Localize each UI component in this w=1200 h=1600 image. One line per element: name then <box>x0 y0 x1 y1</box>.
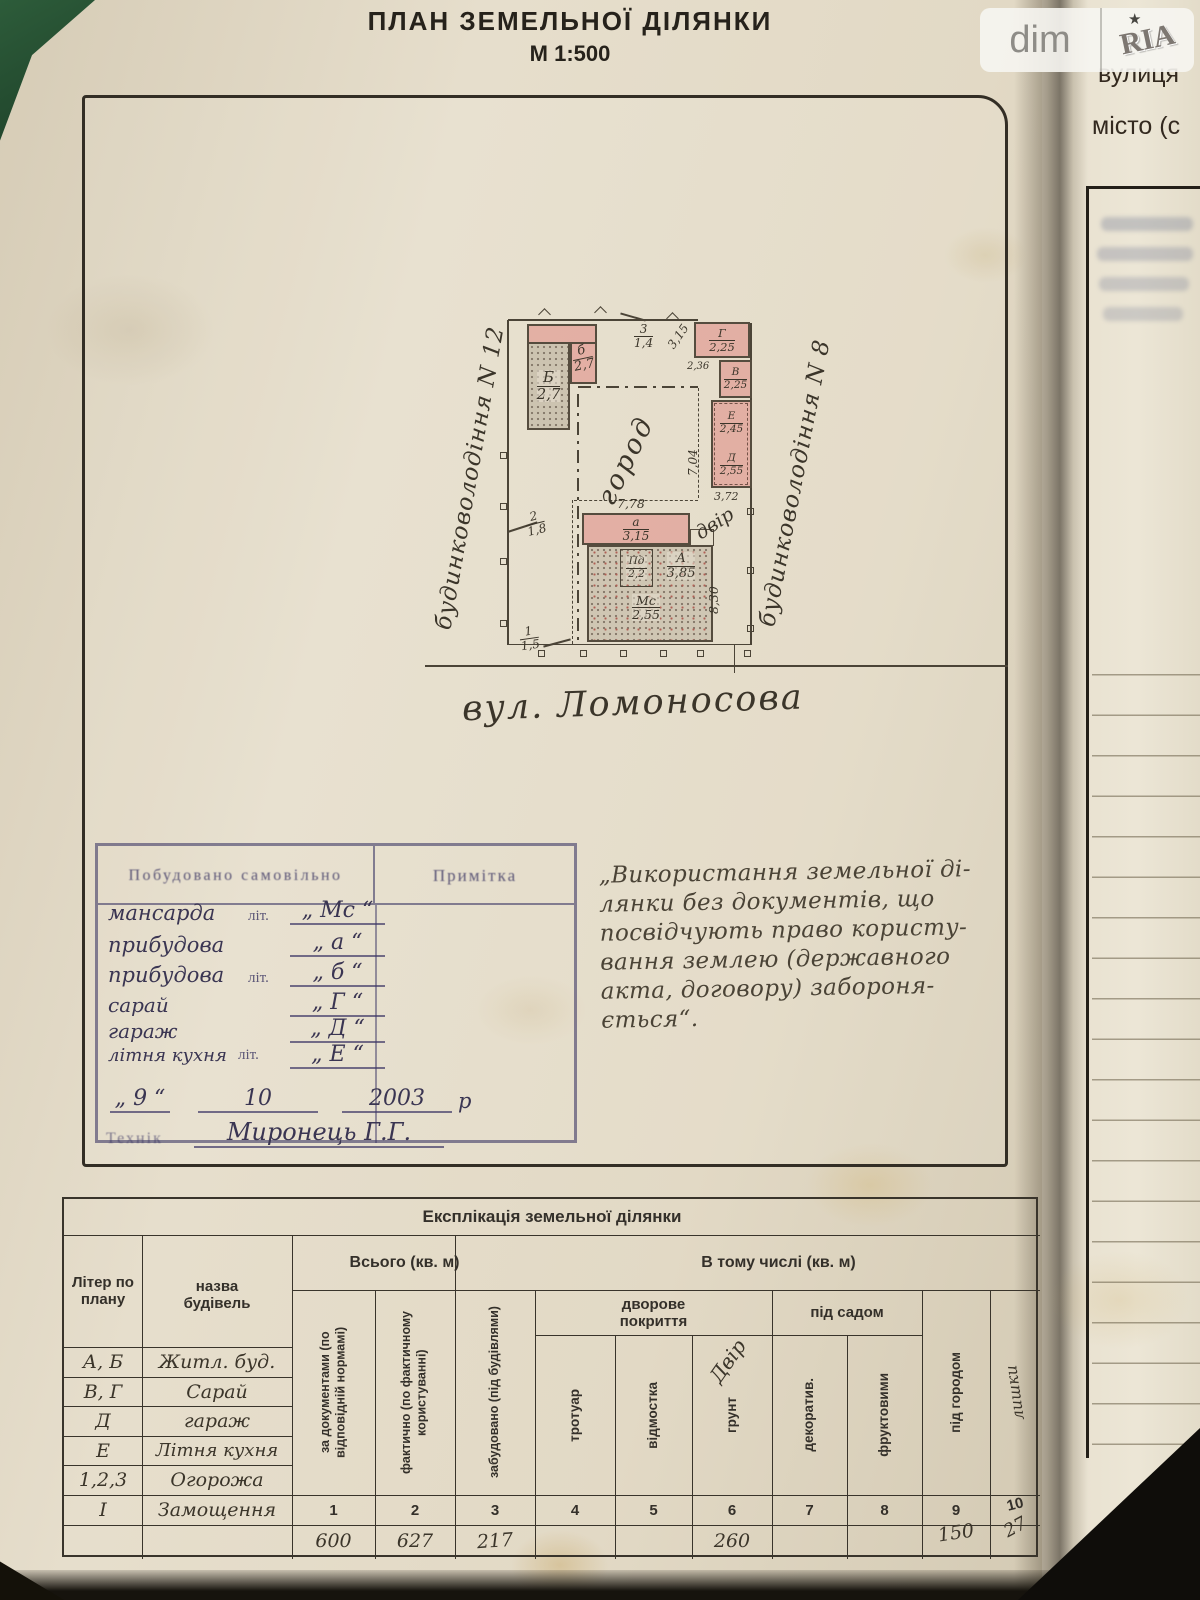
building-a-small-footprint: а3,15 <box>582 513 690 545</box>
building-label: Мс2,55 <box>626 594 666 624</box>
building-label: А3,85 <box>662 552 700 582</box>
table-row-name: Літня кухня <box>142 1436 292 1465</box>
stamp-row-value: „ а “ <box>290 930 385 957</box>
table-col-header-extra: лишки <box>990 1290 1040 1495</box>
stamp-date-suffix: р <box>458 1089 471 1113</box>
table-col-header-fruit: фруктовими <box>847 1335 922 1495</box>
stamp-row-lit: літ. <box>248 908 290 925</box>
fence-post-marker <box>500 620 507 627</box>
fence-1-dimension: 11,5 <box>518 624 541 655</box>
stamp-row-label: гараж <box>108 1019 248 1043</box>
table-title: Експлікація земельної ділянки <box>64 1199 1040 1235</box>
stamp-date-day: „ 9 “ <box>110 1086 170 1113</box>
explication-table: Експлікація земельної ділянки Літер по п… <box>62 1197 1038 1557</box>
table-total-docs: 600 <box>292 1525 375 1557</box>
document-header: ПЛАН ЗЕМЕЛЬНОЇ ДІЛЯНКИ М 1:500 <box>310 6 830 67</box>
scanned-land-plan-page: ПЛАН ЗЕМЕЛЬНОЇ ДІЛЯНКИ М 1:500 б2,7 Б2,7… <box>0 0 1200 1600</box>
table-total-built: 217 <box>454 1522 536 1560</box>
stamp-date-month: 10 <box>198 1086 318 1113</box>
fence-post-marker <box>500 558 507 565</box>
second-page-ruled-lines <box>1092 635 1200 1450</box>
yard-boundary-line <box>572 500 573 644</box>
table-row-liter: І <box>64 1495 142 1525</box>
fence-post-marker <box>660 650 667 657</box>
stamp-header-right: Примітка <box>375 856 575 896</box>
table-col-number: 8 <box>847 1495 922 1525</box>
table-total-fact: 627 <box>375 1525 455 1557</box>
watermark-dim-label: dim <box>980 8 1102 72</box>
table-col-number: 1 <box>292 1495 375 1525</box>
plan-scale: М 1:500 <box>310 41 830 67</box>
table-line <box>64 1525 1040 1526</box>
stamp-signature-row: Технік Миронець Г.Г. <box>106 1118 566 1148</box>
garden-boundary-line <box>577 394 579 640</box>
table-col-header-fact: фактично (по фактичному користуванні) <box>375 1290 455 1495</box>
table-row-liter: 1,2,3 <box>64 1465 142 1495</box>
building-b-small-footprint <box>527 324 597 344</box>
watermark-ria-tile: ★ RIA <box>1102 8 1194 72</box>
show-through-text <box>1099 277 1189 291</box>
stamp-row-value: „ Мс “ <box>290 898 385 925</box>
fence-post-marker <box>500 503 507 510</box>
table-subgroup-garden: під садом <box>772 1290 922 1335</box>
stamp-row: прибудова літ. „ б “ <box>108 960 438 987</box>
stamp-row-label: прибудова <box>108 933 248 957</box>
stamp-row-value: „ Е “ <box>290 1042 385 1069</box>
stamp-row: сарай „ Г “ <box>108 990 438 1017</box>
fence-post-marker <box>620 650 627 657</box>
street-line <box>425 665 1008 667</box>
table-group-header-included: В тому числі (кв. м) <box>517 1235 1040 1290</box>
dimria-watermark: dim ★ RIA <box>980 8 1194 72</box>
table-col-header-liter: Літер по плану <box>64 1239 142 1343</box>
table-col-number: 3 <box>455 1495 535 1525</box>
table-row-name: Огорожа <box>142 1465 292 1495</box>
table-col-header-decorative: декоратив. <box>772 1335 847 1495</box>
fence-3-dimension: 31,4 <box>634 323 653 352</box>
garden-boundary-line <box>578 386 698 388</box>
building-V-footprint: В2,25 <box>719 360 752 398</box>
gate-mark <box>734 645 735 673</box>
building-B-footprint: Б2,7 <box>527 342 570 430</box>
table-row-name: Сарай <box>142 1377 292 1406</box>
table-col-header-vegetable-garden: під городом <box>922 1290 990 1495</box>
show-through-text <box>1103 307 1183 321</box>
stamp-date-row: „ 9 “ 10 2003 р <box>110 1086 550 1113</box>
stamp-signer-name: Миронець Г.Г. <box>194 1118 444 1148</box>
table-row-liter: А, Б <box>64 1347 142 1377</box>
stamp-row: гараж „ Д “ <box>108 1016 438 1043</box>
table-col-number: 2 <box>375 1495 455 1525</box>
table-row-liter: Д <box>64 1406 142 1436</box>
table-col-header-docs: за документами (по відповідній нормамі) <box>292 1290 375 1495</box>
table-subgroup-yard-cover: дворове покриття <box>535 1290 772 1335</box>
page-title: ПЛАН ЗЕМЕЛЬНОЇ ДІЛЯНКИ <box>310 6 830 37</box>
stamp-row-label: прибудова <box>108 963 248 987</box>
stamp-signer-role: Технік <box>106 1130 194 1148</box>
fence-post-marker <box>580 650 587 657</box>
self-built-stamp: Побудовано самовільно Примітка мансарда … <box>95 843 577 1143</box>
stamp-row-lit: літ. <box>238 1047 290 1064</box>
table-col-number: 4 <box>535 1495 615 1525</box>
dimension-7-04: 7,04 <box>686 432 700 476</box>
handwritten-note: „Використання земельної ді- лянки без до… <box>599 854 1032 1035</box>
stamp-row: літня кухня літ. „ Е “ <box>108 1042 438 1069</box>
fence-post-marker <box>697 650 704 657</box>
table-col-header-name: назва будівель <box>142 1247 292 1343</box>
stamp-row-lit: літ. <box>248 970 290 987</box>
bottom-shadow-strip <box>0 1570 1200 1600</box>
watermark-ria-label: RIA <box>1118 18 1179 63</box>
stamp-row: мансарда літ. „ Мс “ <box>108 898 438 925</box>
stamp-row: прибудова „ а “ <box>108 930 438 957</box>
stamp-row-value: „ Г “ <box>290 990 385 1017</box>
table-group-header-total: Всього (кв. м) <box>292 1235 517 1290</box>
show-through-text <box>1097 247 1193 261</box>
show-through-text <box>1101 217 1193 231</box>
dimension-2-36: 2,36 <box>687 361 719 372</box>
stamp-row-label: сарай <box>108 993 248 1017</box>
table-row-name: гараж <box>142 1406 292 1436</box>
table-col-header-built: забудовано (під будівлями) <box>455 1290 535 1495</box>
table-col-header-sidewalk: тротуар <box>535 1335 615 1495</box>
table-row-liter: Е <box>64 1436 142 1465</box>
fence-post-marker <box>500 452 507 459</box>
stamp-header-left: Побудовано самовільно <box>98 852 373 900</box>
stamp-row-label: мансарда <box>108 901 248 925</box>
plot-boundary-left <box>507 320 509 645</box>
stamp-row-value: „ б “ <box>290 960 385 987</box>
table-col-number: 5 <box>615 1495 692 1525</box>
second-page-city-label: місто (с <box>1092 112 1180 141</box>
building-G-footprint: Г2,25 <box>694 322 750 358</box>
fence-post-marker <box>747 567 754 574</box>
building-inner-dashed-border <box>714 403 748 485</box>
table-row-name: Житл. буд. <box>142 1347 292 1377</box>
table-col-number: 6 <box>692 1495 772 1525</box>
table-col-header-blind-area: відмостка <box>615 1335 692 1495</box>
stamp-row-label: літня кухня <box>108 1046 238 1066</box>
table-row-name: Замощення <box>142 1495 292 1525</box>
dimension-8-30: 8,30 <box>706 566 721 614</box>
table-row-liter: В, Г <box>64 1377 142 1406</box>
table-total-soil: 260 <box>692 1525 772 1557</box>
table-col-number: 7 <box>772 1495 847 1525</box>
building-Pd-footprint: Пд2,2 <box>620 549 653 587</box>
stamp-date-year: 2003 <box>342 1086 452 1113</box>
stamp-row-value: „ Д “ <box>290 1016 385 1043</box>
